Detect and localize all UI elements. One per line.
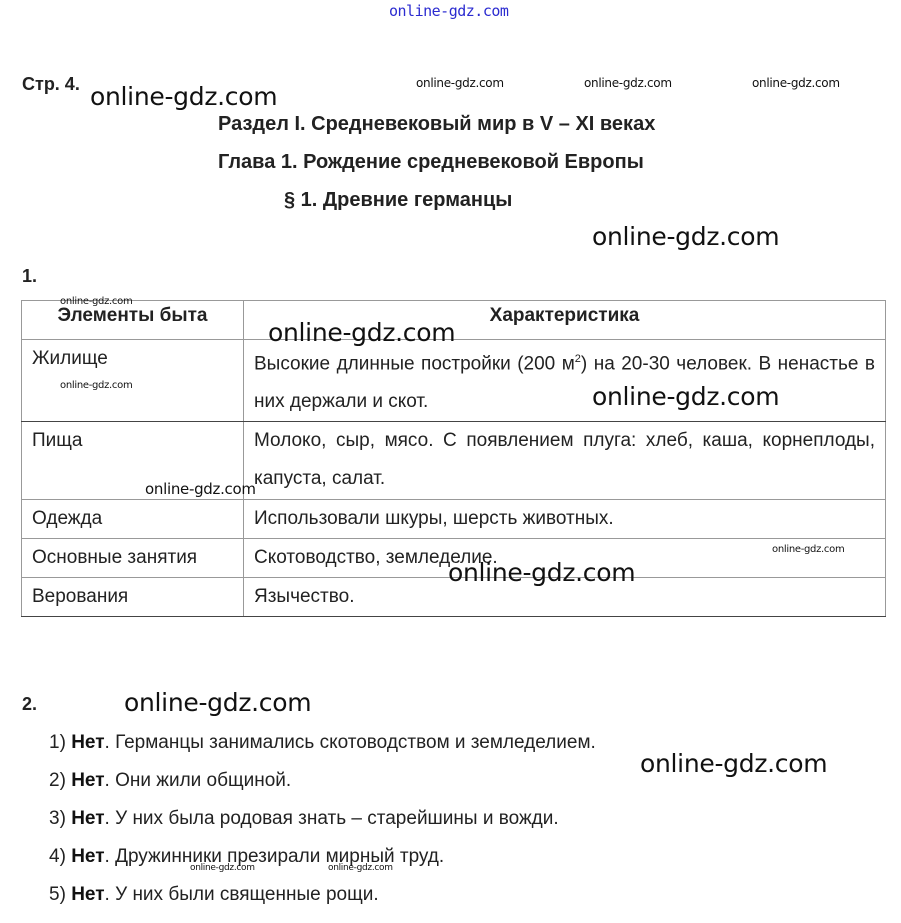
watermark: online-gdz.com <box>190 863 255 873</box>
watermark: online-gdz.com <box>772 544 844 555</box>
list-item: 3) Нет. У них была родовая знать – старе… <box>49 804 596 842</box>
row-element: Жилище <box>22 340 244 422</box>
watermark: online-gdz.com <box>124 688 311 717</box>
watermark: online-gdz.com <box>328 863 393 873</box>
row-characteristic: Высокие длинные постройки (200 м2) на 20… <box>244 340 886 422</box>
list-item: 4) Нет. Дружинники презирали мирный труд… <box>49 842 596 880</box>
watermark: online-gdz.com <box>416 76 504 90</box>
watermark: online-gdz.com <box>640 749 827 778</box>
section-title: Раздел I. Средневековый мир в V – XI век… <box>218 113 655 136</box>
task-number-1: 1. <box>22 266 37 287</box>
watermark: online-gdz.com <box>592 222 779 251</box>
watermark-top: online-gdz.com <box>389 2 508 20</box>
watermark: online-gdz.com <box>90 82 277 111</box>
watermark: online-gdz.com <box>145 480 256 498</box>
watermark: online-gdz.com <box>448 558 635 587</box>
row-element: Верования <box>22 578 244 617</box>
answers-list: 1) Нет. Германцы занимались скотоводство… <box>49 728 596 918</box>
table-row: Одежда Использовали шкуры, шерсть животн… <box>22 500 886 539</box>
list-item: 5) Нет. У них были священные рощи. <box>49 880 596 918</box>
list-item: 2) Нет. Они жили общиной. <box>49 766 596 804</box>
list-item: 1) Нет. Германцы занимались скотоводство… <box>49 728 596 766</box>
watermark: online-gdz.com <box>60 380 132 391</box>
paragraph-title: § 1. Древние германцы <box>284 189 512 212</box>
row-characteristic: Использовали шкуры, шерсть животных. <box>244 500 886 539</box>
watermark: online-gdz.com <box>584 76 672 90</box>
chapter-title: Глава 1. Рождение средневековой Европы <box>218 151 644 174</box>
row-element: Одежда <box>22 500 244 539</box>
watermark: online-gdz.com <box>60 296 132 307</box>
watermark: online-gdz.com <box>268 318 455 347</box>
task-number-2: 2. <box>22 694 37 715</box>
row-characteristic: Молоко, сыр, мясо. С появлением плуга: х… <box>244 422 886 500</box>
column-header-elements: Элементы быта <box>22 301 244 340</box>
watermark: online-gdz.com <box>752 76 840 90</box>
row-element: Основные занятия <box>22 539 244 578</box>
watermark: online-gdz.com <box>592 382 779 411</box>
page-reference: Стр. 4. <box>22 74 80 95</box>
